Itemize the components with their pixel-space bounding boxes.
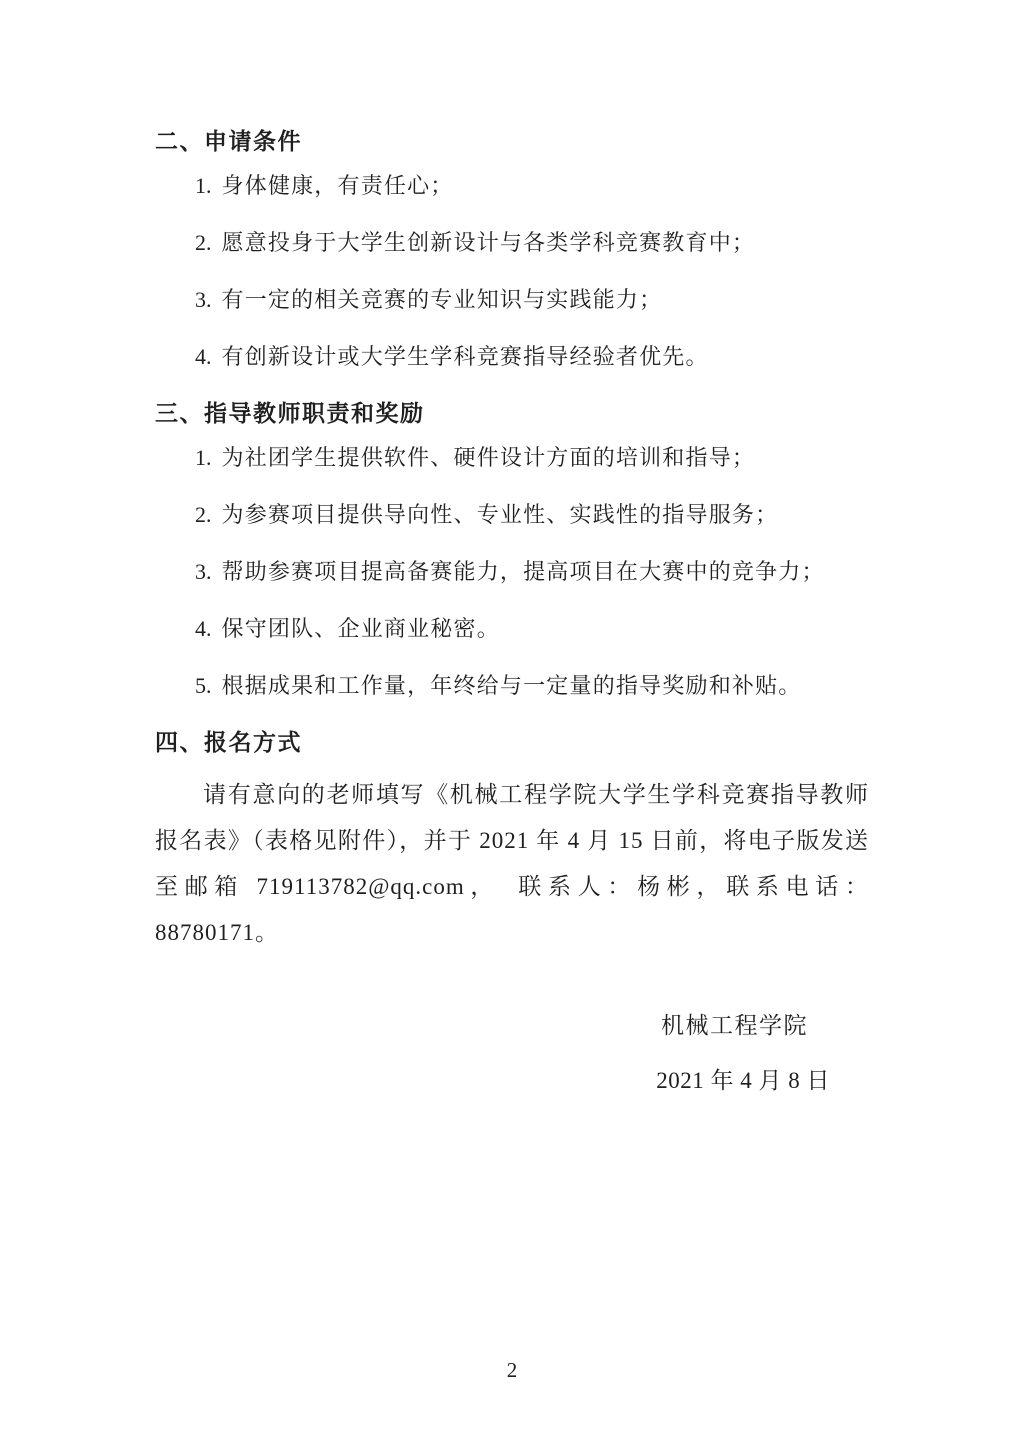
list-item: 4. 有创新设计或大学生学科竞赛指导经验者优先。: [155, 342, 869, 372]
item-text: 为社团学生提供软件、硬件设计方面的培训和指导；: [222, 443, 756, 473]
signature-date: 2021 年 4 月 8 日: [155, 1066, 869, 1096]
item-text: 根据成果和工作量，年终给与一定量的指导奖励和补贴。: [222, 671, 802, 701]
item-text: 有创新设计或大学生学科竞赛指导经验者优先。: [222, 342, 709, 372]
registration-paragraph: 请有意向的老师填写《机械工程学院大学生学科竞赛指导教师报名表》（表格见附件），并…: [155, 772, 869, 956]
document-page: 二、申请条件 1. 身体健康，有责任心； 2. 愿意投身于大学生创新设计与各类学…: [0, 0, 1024, 1449]
item-number: 4.: [195, 342, 212, 372]
signature-organization: 机械工程学院: [155, 1011, 869, 1041]
item-text: 身体健康，有责任心；: [222, 171, 454, 201]
item-number: 2.: [195, 228, 212, 258]
page-number: 2: [0, 1356, 1024, 1384]
list-item: 1. 为社团学生提供软件、硬件设计方面的培训和指导；: [155, 443, 869, 473]
list-item: 2. 愿意投身于大学生创新设计与各类学科竞赛教育中；: [155, 228, 869, 258]
list-item: 3. 有一定的相关竞赛的专业知识与实践能力；: [155, 285, 869, 315]
item-text: 为参赛项目提供导向性、专业性、实践性的指导服务；: [222, 500, 779, 530]
list-item: 4. 保守团队、企业商业秘密。: [155, 614, 869, 644]
item-text: 保守团队、企业商业秘密。: [222, 614, 500, 644]
item-number: 5.: [195, 671, 212, 701]
page-content: 二、申请条件 1. 身体健康，有责任心； 2. 愿意投身于大学生创新设计与各类学…: [155, 127, 869, 1096]
signature-block: 机械工程学院 2021 年 4 月 8 日: [155, 1011, 869, 1096]
item-number: 3.: [195, 557, 212, 587]
list-item: 2. 为参赛项目提供导向性、专业性、实践性的指导服务；: [155, 500, 869, 530]
item-number: 2.: [195, 500, 212, 530]
item-text: 愿意投身于大学生创新设计与各类学科竞赛教育中；: [222, 228, 756, 258]
item-number: 4.: [195, 614, 212, 644]
section-heading-application-conditions: 二、申请条件: [155, 127, 869, 157]
list-item: 1. 身体健康，有责任心；: [155, 171, 869, 201]
list-item: 3. 帮助参赛项目提高备赛能力，提高项目在大赛中的竞争力；: [155, 557, 869, 587]
section-heading-advisor-duties-rewards: 三、指导教师职责和奖励: [155, 399, 869, 429]
list-item: 5. 根据成果和工作量，年终给与一定量的指导奖励和补贴。: [155, 671, 869, 701]
section-heading-registration-method: 四、报名方式: [155, 728, 869, 758]
item-text: 有一定的相关竞赛的专业知识与实践能力；: [222, 285, 663, 315]
item-number: 1.: [195, 171, 212, 201]
item-text: 帮助参赛项目提高备赛能力，提高项目在大赛中的竞争力；: [222, 557, 825, 587]
item-number: 1.: [195, 443, 212, 473]
item-number: 3.: [195, 285, 212, 315]
